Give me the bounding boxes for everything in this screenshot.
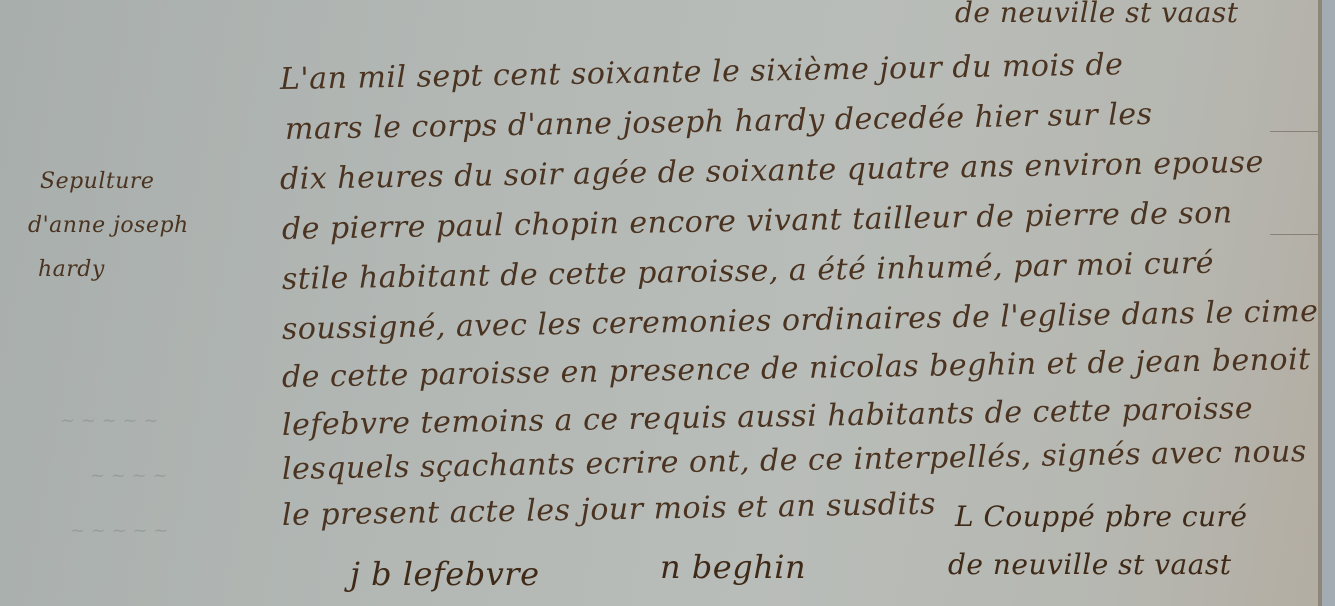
margin-note-line: d'anne joseph xyxy=(28,204,189,248)
margin-note-line: hardy xyxy=(28,248,189,292)
signature-witness-1: j b lefebvre xyxy=(350,555,540,593)
signature-cure: L Couppé pbre curé xyxy=(955,500,1248,533)
line-filler xyxy=(1270,131,1318,132)
signature-witness-2: n beghin xyxy=(660,548,806,586)
line-filler xyxy=(1270,234,1318,235)
body-line: lesquels sçachants ecrire ont, de ce int… xyxy=(282,434,1307,487)
parish-header: de neuville st vaast xyxy=(955,0,1239,29)
body-line: de pierre paul chopin encore vivant tail… xyxy=(282,195,1233,247)
body-line: L'an mil sept cent soixante le sixième j… xyxy=(280,47,1124,97)
body-line: de cette paroisse en presence de nicolas… xyxy=(282,342,1311,395)
bleed-through-text: ~ ~ ~ ~ xyxy=(90,465,168,486)
body-line: lefebvre temoins a ce requis aussi habit… xyxy=(282,391,1254,443)
bleed-through-text: ~ ~ ~ ~ ~ xyxy=(70,520,168,541)
body-line: le present acte les jour mois et an susd… xyxy=(282,487,937,533)
body-line: mars le corps d'anne joseph hardy decedé… xyxy=(285,97,1153,147)
bleed-through-text: ~ ~ ~ ~ ~ xyxy=(60,410,158,431)
signature-cure-parish: de neuville st vaast xyxy=(948,548,1232,581)
background-beyond-page xyxy=(1322,0,1335,606)
margin-note-line: Sepulture xyxy=(28,160,189,204)
body-line: soussigné, avec les ceremonies ordinaire… xyxy=(282,293,1335,347)
body-line: stile habitant de cette paroisse, a été … xyxy=(282,246,1215,297)
margin-note: Sepulture d'anne joseph hardy xyxy=(28,160,189,292)
register-page: ~ ~ ~ ~ ~ ~ ~ ~ ~ ~ ~ ~ ~ ~ de neuville … xyxy=(0,0,1322,606)
body-line: dix heures du soir agée de soixante quat… xyxy=(280,145,1264,197)
